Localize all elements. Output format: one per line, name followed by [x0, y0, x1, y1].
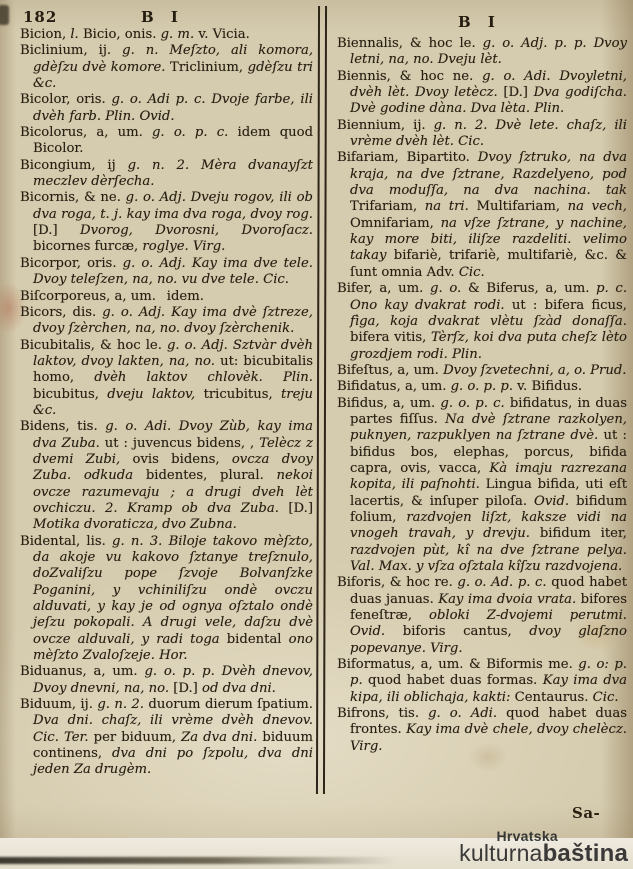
headword-text: Bidental, lis. [20, 534, 112, 549]
dictionary-entry: Biformatus, a, um. & Biformis me. g. o: … [337, 657, 627, 706]
gloss-text: Za dva dni. [181, 730, 257, 745]
dictionary-entry: Biforis, & hoc re. g. o. Ad. p. c. quod … [337, 575, 627, 657]
headword-text: Biennis, & hoc ne. [337, 69, 482, 84]
headword-text: Trifariam, [350, 199, 425, 214]
dictionary-entry: Bicornis, & ne. g. o. Adj. Dveju rogov, … [20, 190, 313, 255]
gloss-text: Motika dvoraticza, dvo Zubna. [33, 517, 237, 532]
dictionary-entry: Bicolor, oris. g. o. Adi p. c. Dvoje far… [20, 92, 313, 125]
headword-text: ovis bidens, [120, 452, 232, 467]
dictionary-entry: Biennium, ij. g. n. 2. Dvè lete. chaſz, … [337, 118, 627, 151]
gloss-text: Dvoy ſzvetechni, a, o. Prud. [443, 363, 626, 378]
headword-text: bicubitus, [33, 387, 107, 402]
headword-text: Bifariam, Bipartito. [337, 150, 478, 165]
headword-text: Bidens, tis. [20, 419, 105, 434]
headword-text: [D.] [279, 501, 313, 516]
headword-text: Biforis, & hoc re. [337, 575, 457, 590]
dictionary-entry: Biennalis, & hoc le. g. o. Adj. p. p. Dv… [337, 36, 627, 69]
gloss-text: g. n. 2. [97, 697, 144, 712]
headword-text: Triclinium, [165, 60, 247, 75]
gloss-text: g. o. Adi. [428, 706, 497, 721]
gloss-text: razdvojen pùt, kî na dve ſztrane pelya. … [350, 543, 627, 574]
column-divider-rule [316, 6, 327, 794]
running-head-right: B I [458, 13, 501, 31]
gloss-text: Cic. [459, 265, 485, 280]
headword-text: Bifeſtus, a, um. [337, 363, 443, 378]
dictionary-entry: Bicors, dis. g. o. Adj. Kay ima dvè ſztr… [20, 305, 313, 338]
paper-page: 182 B I B I Bicion, l. Bicio, onis. g. m… [0, 0, 633, 838]
dictionary-entry: Biſcorporeus, a, um. idem. [20, 289, 313, 305]
dictionary-entry: Bicolorus, a, um. g. o. p. c. idem quod … [20, 125, 313, 158]
gloss-text: roglye. Virg. [142, 239, 225, 254]
headword-text: Bifidus, a, um. [337, 396, 440, 411]
gloss-text: od dva dni. [202, 681, 276, 696]
headword-text: Omnifariam, [350, 216, 441, 231]
gloss-text: Dvorog, Dvorosni, Dvoroſacz. [80, 223, 313, 238]
gloss-text: dvèh laktov chlovèk. Plin. [94, 370, 313, 385]
dictionary-entry: Bifrons, tis. g. o. Adi. quod habet duas… [337, 706, 627, 755]
headword-text: Bicubitalis, & hoc le. [20, 338, 167, 353]
headword-text: Bifer, a, um. [337, 281, 430, 296]
dictionary-entry: Bifer, a, um. g. o. & Biferus, a, um. p.… [337, 281, 627, 363]
gloss-text: g. o. Ad. p. c. [457, 575, 546, 590]
headword-text: Centaurus. [510, 690, 592, 705]
headword-text: Bicorpor, oris. [20, 256, 123, 271]
gloss-text: g. n. 3. Biloje takovo mèſzto, da akoje … [33, 534, 313, 647]
headword-text: Bicolor, oris. [20, 92, 111, 107]
headword-text: Bicors, dis. [20, 305, 102, 320]
watermark-line2: kulturnabaština [459, 843, 628, 865]
column-right: Biennalis, & hoc le. g. o. Adj. p. p. Dv… [337, 36, 627, 755]
scanned-dictionary-page: 182 B I B I Bicion, l. Bicio, onis. g. m… [0, 0, 633, 869]
watermark-regular-text: kulturna [459, 840, 542, 866]
headword-text: bifariè, trifariè, multifariè, &c. & ſun… [350, 248, 627, 279]
dictionary-entry: Bicorpor, oris. g. o. Adj. Kay ima dve t… [20, 256, 313, 289]
headword-text: [D.] [169, 681, 202, 696]
headword-text: [D.] [33, 223, 80, 238]
headword-text: bifera vitis, [350, 330, 431, 345]
dictionary-entry: Bifidatus, a, um. g. o. p. p. v. Bifidus… [337, 379, 627, 395]
headword-text: Biclinium, ij. [20, 43, 122, 58]
headword-text: Bicornis, & ne. [20, 190, 126, 205]
column-left: Bicion, l. Bicio, onis. g. m. v. Vicia.B… [20, 27, 313, 779]
headword-text: Bicongium, ij [20, 158, 128, 173]
gloss-text: na vech, [568, 199, 627, 214]
headword-text: Biennium, ij. [337, 118, 434, 133]
watermark: Hrvatska kulturnabaština [459, 830, 628, 864]
headword-text: v. Vicia. [194, 27, 250, 42]
headword-text: Biformatus, a, um. & Biformis me. [337, 657, 578, 672]
headword-text: Biduum, ij. [20, 697, 97, 712]
headword-text: ut : juvencus bidens, , [100, 436, 259, 451]
headword-text: v. Bifidus. [513, 379, 582, 394]
dictionary-entry: Biennis, & hoc ne. g. o. Adi. Dvoyletni,… [337, 69, 627, 118]
watermark-bold-text: baština [543, 840, 628, 867]
dictionary-entry: Bicubitalis, & hoc le. g. o. Adj. Sztvàr… [20, 338, 313, 420]
dictionary-entry: Bifeſtus, a, um. Dvoy ſzvetechni, a, o. … [337, 363, 627, 379]
headword-text: [D.] [498, 85, 534, 100]
headword-text: per biduum, [89, 730, 182, 745]
headword-text: Bifidatus, a, um. [337, 379, 451, 394]
page-number: 182 [23, 8, 57, 26]
gloss-text: fìga, koja dvakrat vlètu ſzàd donaſſa. [350, 314, 627, 329]
dictionary-entry: Bifidus, a, um. g. o. p. c. bifidatus, i… [337, 396, 627, 576]
headword-text: tricubitus, [195, 387, 281, 402]
dictionary-entry: Bicion, l. Bicio, onis. g. m. v. Vicia. [20, 27, 313, 43]
headword-text: duorum dierum ſpatium. [144, 697, 313, 712]
dictionary-entry: Biduanus, a, um. g. o. p. p. Dvèh dnevov… [20, 664, 313, 697]
headword-text: Bicion, [20, 27, 70, 42]
dictionary-entry: Bicongium, ij g. n. 2. Mèra dvanayſzt me… [20, 158, 313, 191]
dictionary-entry: Bifariam, Bipartito. Dvoy ſztruko, na dv… [337, 150, 627, 281]
headword-text: bicornes furcæ, [33, 239, 142, 254]
gloss-text: Cic. [593, 690, 619, 705]
running-head-left: B I [141, 8, 184, 26]
headword-text: Bifrons, tis. [337, 706, 428, 721]
gloss-text: Kay ima dvoia vrata. [438, 592, 576, 607]
dictionary-entry: Biclinium, ij. g. n. Meſzto, ali komora,… [20, 43, 313, 92]
dictionary-entry: Biduum, ij. g. n. 2. duorum dierum ſpati… [20, 697, 313, 779]
dictionary-entry: Bidens, tis. g. o. Adi. Dvoy Zùb, kay im… [20, 419, 313, 533]
headword-text: ut : bifera ficus, [505, 298, 627, 313]
scan-shadow [0, 857, 396, 864]
headword-text: Bicio, onis. [79, 27, 161, 42]
headword-text: bidental [220, 632, 289, 647]
scan-corner-mark [0, 5, 9, 25]
gloss-text: g. o. p. c. [152, 125, 228, 140]
dictionary-entry: Bidental, lis. g. n. 3. Biloje takovo mè… [20, 534, 313, 665]
gloss-text: g. o. p. p. [451, 379, 513, 394]
headword-text: Biennalis, & hoc le. [337, 36, 483, 51]
headword-text: Biduanus, a, um. [20, 664, 144, 679]
gloss-text: g. m. [161, 27, 195, 42]
headword-text: Multifariam, [469, 199, 568, 214]
gloss-text: g. o. p. c. [440, 396, 504, 411]
gloss-text: l. [70, 27, 78, 42]
catchword: Sa- [572, 804, 600, 822]
gloss-text: dveju laktov, [107, 387, 195, 402]
gloss-text: Ovid. [534, 494, 569, 509]
headword-text: bidentes, plural. [133, 468, 276, 483]
gloss-text: g. o. [430, 281, 461, 296]
headword-text: biforis cantus, [385, 624, 529, 639]
headword-text: Biſcorporeus, a, um. idem. [20, 289, 204, 304]
gloss-text: na tri. [425, 199, 469, 214]
headword-text: & Biferus, a, um. [461, 281, 596, 296]
headword-text: bifidum iter, [530, 526, 627, 541]
headword-text: quod habet duas formas. [363, 673, 543, 688]
headword-text: Bicolorus, a, um. [20, 125, 152, 140]
